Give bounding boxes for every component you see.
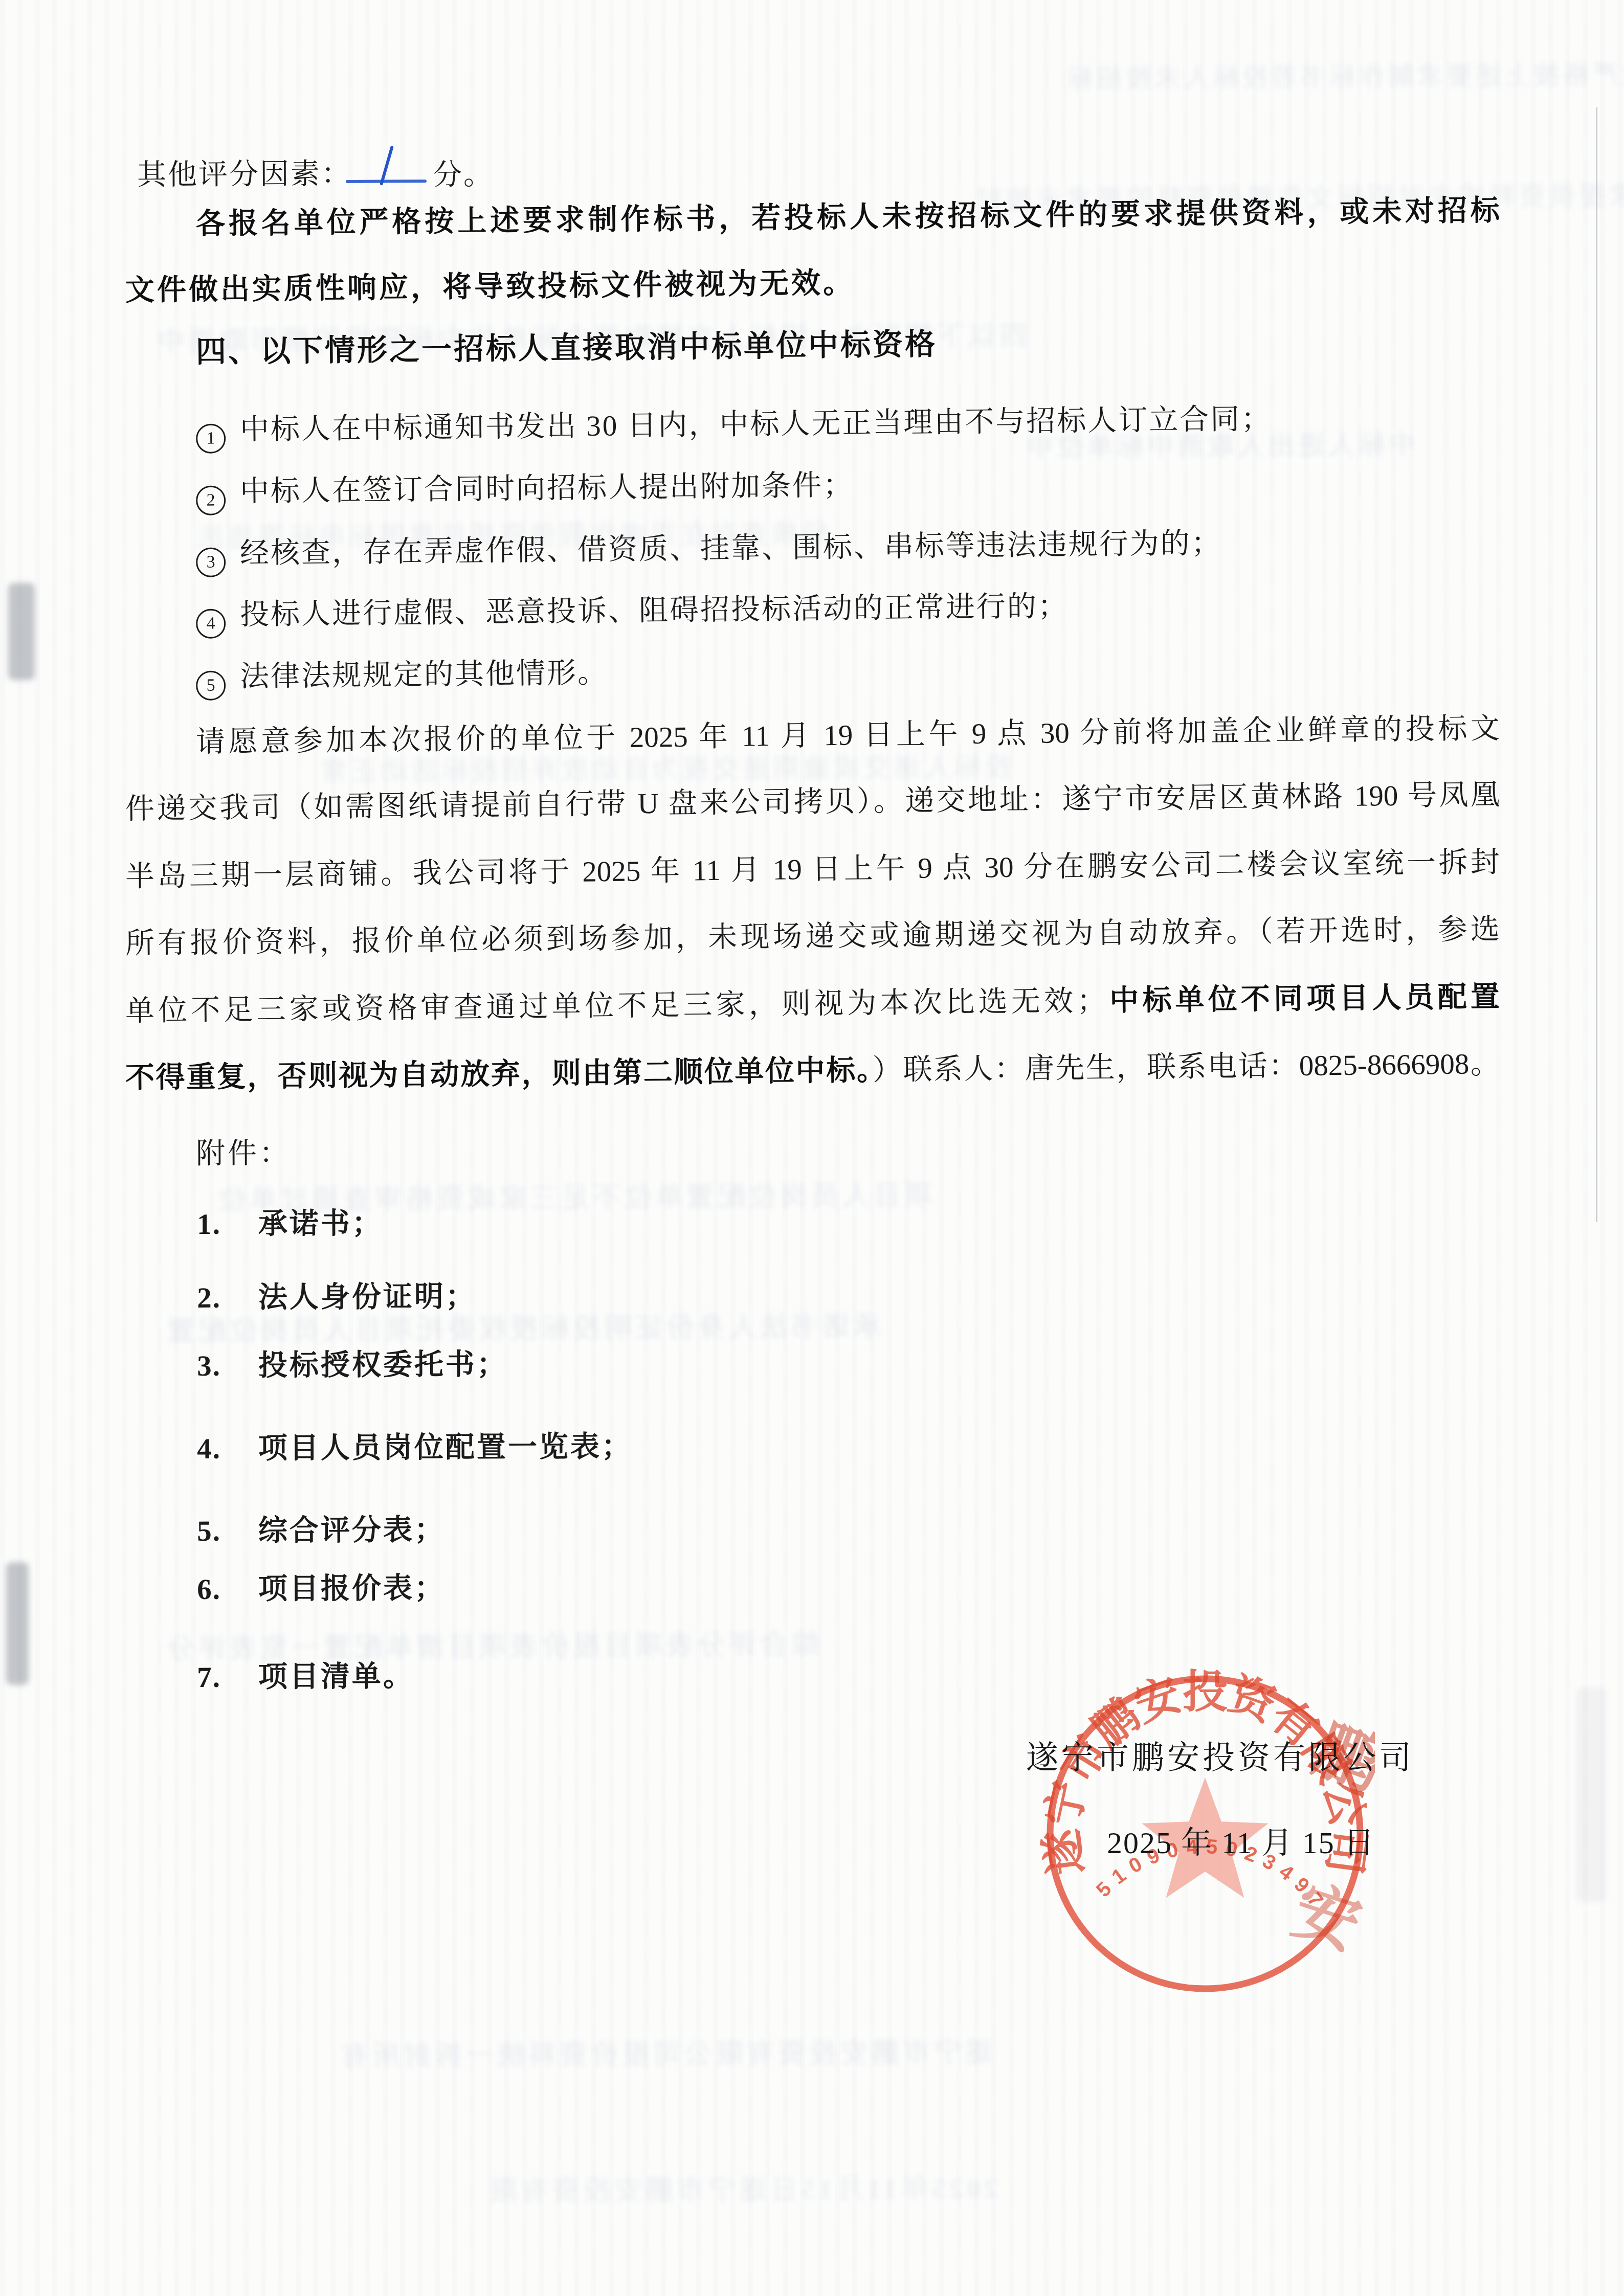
scan-edge-smudge [8, 583, 35, 680]
attachment-number: 6. [197, 1572, 258, 1606]
condition-item-3: 3经核查，存在弄虚作假、借资质、挂靠、围标、串标等违法违规行为的； [196, 520, 1222, 577]
attachment-item-3: 3.投标授权委托书； [197, 1341, 508, 1384]
attachment-item-5: 5.综合评分表； [197, 1506, 446, 1549]
submit-para-line1: 请愿意参加本次报价的单位于 2025 年 11 月 19 日上午 9 点 30 … [196, 705, 1500, 760]
scanned-tender-document-page: { "document": { "score_line": { "label":… [0, 0, 1624, 2296]
bleedthrough-line: 单位严格按上述要求制作标书若投标人未按招标 [1064, 54, 1624, 95]
attachment-item-2: 2.法人身份证明； [197, 1273, 477, 1316]
submit-para-line6: 不得重复，否则视为自动放弃，则由第二顺位单位中标。）联系人：唐先生，联系电话：0… [125, 1040, 1500, 1096]
warning-paragraph-line2: 文件做出实质性响应，将导致投标文件被视为无效。 [125, 259, 855, 309]
attachment-item-4: 4.项目人员岗位配置一览表； [197, 1423, 633, 1467]
condition-text: 中标人在签订合同时向招标人提出附加条件； [240, 469, 854, 508]
condition-text: 法律法规规定的其他情形。 [240, 657, 609, 693]
score-blank-underline [346, 179, 427, 183]
attachment-item-6: 6.项目报价表； [197, 1564, 446, 1608]
submit-para-line3: 半岛三期一层商铺。我公司将于 2025 年 11 月 19 日上午 9 点 30… [125, 839, 1500, 895]
scan-edge-smudge [6, 1562, 29, 1685]
circled-number-2: 2 [196, 485, 226, 515]
attachment-number: 4. [197, 1432, 258, 1466]
circled-number-1: 1 [196, 423, 226, 454]
score-unit: 分。 [433, 151, 494, 193]
submit-para-line6-regular: ）联系人：唐先生，联系电话：0825-8666908。 [873, 1048, 1500, 1087]
submit-para-line4: 所有报价资料，报价单位必须到场参加，未现场递交或逾期递交视为自动放弃。（若开选时… [125, 906, 1500, 962]
attachment-text: 承诺书； [258, 1207, 383, 1240]
condition-text: 中标人在中标通知书发出 30 日内，中标人无正当理由不与招标人订立合同； [240, 403, 1272, 446]
bleedthrough-line: 遂宁市鹏安投资有限公司报价资料统一拆封所有 [338, 2031, 993, 2075]
score-factor-line: 其他评分因素： [137, 150, 352, 193]
warning-paragraph-line1: 各报名单位严格按上述要求制作标书，若投标人未按招标文件的要求提供资料，或未对招标 [196, 187, 1500, 242]
condition-item-2: 2中标人在签订合同时向招标人提出附加条件； [196, 462, 854, 515]
attachment-number: 5. [197, 1514, 258, 1548]
section-heading: 四、以下情形之一招标人直接取消中标单位中标资格 [196, 320, 938, 371]
attachment-item-7: 7.项目清单。 [197, 1653, 414, 1696]
signature-company-name: 遂宁市鹏安投资有限公司 [1026, 1731, 1414, 1778]
attachment-text: 项目清单。 [258, 1660, 414, 1694]
condition-text: 投标人进行虚假、恶意投诉、阻碍招投标活动的正常进行的； [240, 590, 1069, 631]
scan-edge-smudge [1576, 1687, 1606, 1902]
condition-text: 经核查，存在弄虚作假、借资质、挂靠、围标、串标等违法违规行为的； [240, 527, 1222, 570]
signature-date: 2025 年 11 月 15 日 [1107, 1818, 1375, 1862]
attachment-text: 法人身份证明； [258, 1280, 477, 1314]
submit-para-line6-bold: 不得重复，否则视为自动放弃，则由第二顺位单位中标。 [125, 1054, 873, 1094]
attachment-text: 综合评分表； [258, 1514, 446, 1547]
attachment-number: 7. [197, 1660, 258, 1694]
attachment-number: 2. [197, 1281, 258, 1315]
attachment-text: 项目报价表； [258, 1572, 446, 1605]
scanner-artifact-line [1596, 107, 1597, 1222]
attachments-label: 附件： [196, 1130, 291, 1172]
circled-number-5: 5 [196, 670, 226, 701]
condition-item-5: 5法律法规规定的其他情形。 [196, 649, 609, 701]
circled-number-3: 3 [196, 547, 226, 577]
submit-para-line5: 单位不足三家或资格审查通过单位不足三家，则视为本次比选无效；中标单位不同项目人员… [125, 973, 1500, 1029]
attachment-number: 1. [197, 1207, 258, 1241]
submit-para-line5-regular: 单位不足三家或资格审查通过单位不足三家，则视为本次比选无效； [125, 985, 1106, 1027]
circled-number-4: 4 [196, 609, 226, 639]
score-factor-label: 其他评分因素： [137, 158, 352, 191]
attachment-text: 投标授权委托书； [258, 1348, 508, 1382]
attachment-text: 项目人员岗位配置一览表； [258, 1431, 633, 1465]
attachment-item-1: 1.承诺书； [197, 1200, 383, 1243]
attachment-number: 3. [197, 1349, 258, 1383]
bleedthrough-line: 2025年11月15日遂宁市鹏安投资有限 [486, 2167, 998, 2210]
condition-item-4: 4投标人进行虚假、恶意投诉、阻碍招投标活动的正常进行的； [196, 582, 1069, 639]
submit-para-line5-bold: 中标单位不同项目人员配置 [1106, 981, 1500, 1017]
